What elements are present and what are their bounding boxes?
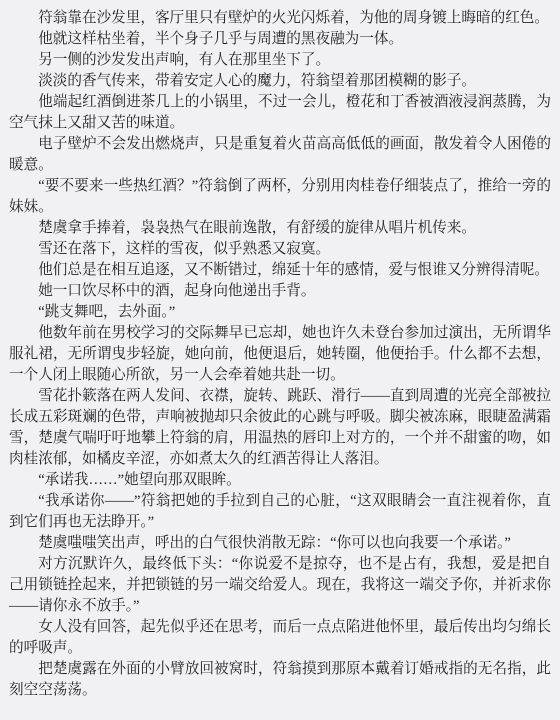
paragraph: 她一口饮尽杯中的酒，起身向他递出手背。 <box>9 281 551 302</box>
paragraph: 另一侧的沙发发出声响，有人在那里坐下了。 <box>9 50 551 71</box>
paragraph: 符翁靠在沙发里，客厅里只有壁炉的火光闪烁着，为他的周身镀上晦暗的红色。 <box>9 8 551 29</box>
paragraph: 对方沉默许久，最终低下头：“你说爱不是掠夺，也不是占有，我想，爱是把自己用锁链拴… <box>9 554 551 617</box>
paragraph: “跳支舞吧，去外面。” <box>9 302 551 323</box>
paragraph: 他就这样枯坐着，半个身子几乎与周遭的黑夜融为一体。 <box>9 29 551 50</box>
paragraph: 雪花扑簌落在两人发间、衣襟，旋转、跳跃、滑行——直到周遭的光亮全部被拉长成五彩斑… <box>9 386 551 470</box>
paragraph: “我承诺你——”符翁把她的手拉到自己的心脏，“这双眼睛会一直注视着你，直到它们再… <box>9 491 551 533</box>
paragraph: 淡淡的香气传来，带着安定人心的魔力，符翁望着那团模糊的影子。 <box>9 71 551 92</box>
paragraph: 女人没有回答，起先似乎还在思考，而后一点点陷进他怀里，最后传出均匀绵长的呼吸声。 <box>9 617 551 659</box>
paragraph: 他们总是在相互追逐，又不断错过，绵延十年的感情，爱与恨谁又分辨得清呢。 <box>9 260 551 281</box>
paragraph: 电子壁炉不会发出燃烧声，只是重复着火苗高高低低的画面，散发着令人困倦的暖意。 <box>9 134 551 176</box>
paragraph: 把楚虞露在外面的小臂放回被窝时，符翁摸到那原本戴着订婚戒指的无名指，此刻空空荡荡… <box>9 659 551 701</box>
paragraph: 他数年前在男校学习的交际舞早已忘却，她也许久未登台参加过演出，无所谓华服礼裙，无… <box>9 323 551 386</box>
paragraph: 楚虞拿手捧着，袅袅热气在眼前逸散，有舒缓的旋律从唱片机传来。 <box>9 218 551 239</box>
paragraph: “要不要来一些热红酒？”符翁倒了两杯，分别用肉桂卷仔细装点了，推给一旁的妹妹。 <box>9 176 551 218</box>
paragraph: 雪还在落下，这样的雪夜，似乎熟悉又寂寞。 <box>9 239 551 260</box>
novel-page: 符翁靠在沙发里，客厅里只有壁炉的火光闪烁着，为他的周身镀上晦暗的红色。 他就这样… <box>0 0 560 720</box>
paragraph: “承诺我……”她望向那双眼眸。 <box>9 470 551 491</box>
paragraph: 他端起红酒倒进茶几上的小锅里，不过一会儿，橙花和丁香被酒液浸润蒸腾，为空气抹上又… <box>9 92 551 134</box>
paragraph: 楚虞嗤嗤笑出声，呼出的白气很快消散无踪：“你可以也向我要一个承诺。” <box>9 533 551 554</box>
